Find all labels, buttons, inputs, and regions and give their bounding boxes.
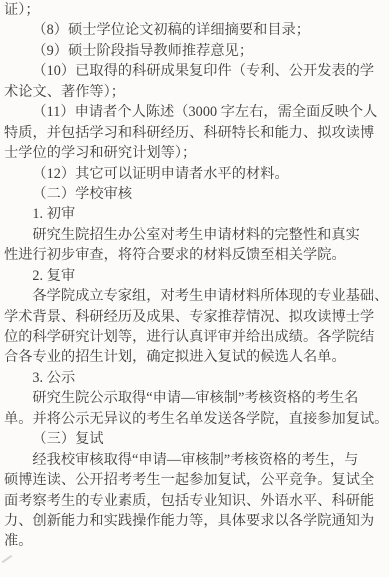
- paragraph-preliminary-review: 研究生院招生办公室对考生申请材料的完整性和真实性进行初步审查，将符合要求的材料反…: [4, 225, 386, 266]
- list-item-11: （11）申请者个人陈述（3000 字左右，需全面反映个人特质，并包括学习和科研经…: [4, 102, 386, 163]
- text-line: （12）其它可以证明申请者水平的材料。: [4, 164, 386, 184]
- text-line: 研究生院招生办公室对考生申请材料的完整性和真实: [4, 225, 386, 245]
- text-line: 1. 初审: [4, 204, 386, 224]
- text-line: 特质，并包括学习和科研经历、科研特长和能力、拟攻读博: [4, 123, 386, 143]
- scan-smudge: [2, 555, 13, 564]
- text-line: 性进行初步审查，将符合要求的材料反馈至相关学院。: [4, 245, 386, 265]
- text-line: 2. 复审: [4, 266, 386, 286]
- heading-step-1-preliminary-review: 1. 初审: [4, 204, 386, 224]
- text-line: （二）学校审核: [4, 184, 386, 204]
- text-line: （10）已取得的科研成果复印件（专利、公开发表的学: [4, 61, 386, 81]
- text-line: 单。并将公示无异议的考生名单发送各学院，直接参加复试。: [4, 409, 386, 429]
- heading-step-2-recheck: 2. 复审: [4, 266, 386, 286]
- text-line: 士学位的学习和研究计划等）；: [4, 143, 386, 163]
- heading-section-2-school-review: （二）学校审核: [4, 184, 386, 204]
- paragraph-publicity: 研究生院公示取得“申请—审核制”考核资格的考生名单。并将公示无异议的考生名单发送…: [4, 388, 386, 429]
- text-line: （8）硕士学位论文初稿的详细摘要和目录；: [4, 20, 386, 40]
- heading-section-3-retest: （三）复试: [4, 429, 386, 449]
- text-line: （9）硕士阶段指导教师推荐意见；: [4, 41, 386, 61]
- list-item-12: （12）其它可以证明申请者水平的材料。: [4, 164, 386, 184]
- text-line: （三）复试: [4, 429, 386, 449]
- list-item-8: （8）硕士学位论文初稿的详细摘要和目录；: [4, 20, 386, 40]
- paragraph-retest: 经我校审核取得“申请—审核制”考核资格的考生，与硕博连读、公开招考考生一起参加复…: [4, 450, 386, 552]
- text-line: （11）申请者个人陈述（3000 字左右，需全面反映个人: [4, 102, 386, 122]
- text-line: 面考察考生的专业素质，包括专业知识、外语水平、科研能: [4, 491, 386, 511]
- text-line: 学术背景、科研经历及成果、专家推荐情况、拟攻读博士学: [4, 307, 386, 327]
- text-line: 各学院成立专家组，对考生申请材料所体现的专业基础、: [4, 286, 386, 306]
- text-line: 力、创新能力和实践操作能力等，具体要求以各学院通知为: [4, 511, 386, 531]
- text-line: 术论文、著作等）；: [4, 82, 386, 102]
- document-page: 证）；（8）硕士学位论文初稿的详细摘要和目录；（9）硕士阶段指导教师推荐意见；（…: [0, 0, 389, 577]
- document-body: 证）；（8）硕士学位论文初稿的详细摘要和目录；（9）硕士阶段指导教师推荐意见；（…: [4, 0, 386, 552]
- list-item-10: （10）已取得的科研成果复印件（专利、公开发表的学术论文、著作等）；: [4, 61, 386, 102]
- paragraph-recheck: 各学院成立专家组，对考生申请材料所体现的专业基础、学术背景、科研经历及成果、专家…: [4, 286, 386, 368]
- heading-step-3-publicity: 3. 公示: [4, 368, 386, 388]
- list-item-9: （9）硕士阶段指导教师推荐意见；: [4, 41, 386, 61]
- text-line: 研究生院公示取得“申请—审核制”考核资格的考生名: [4, 388, 386, 408]
- text-line: 位的科学研究计划等，进行认真评审并给出成绩。各学院结: [4, 327, 386, 347]
- text-line: 合各专业的招生计划，确定拟进入复试的候选人名单。: [4, 347, 386, 367]
- text-line: 3. 公示: [4, 368, 386, 388]
- text-line: 证）；: [4, 0, 386, 20]
- text-line: 硕博连读、公开招考考生一起参加复试，公平竞争。复试全: [4, 470, 386, 490]
- text-line: 经我校审核取得“申请—审核制”考核资格的考生，与: [4, 450, 386, 470]
- paragraph-continuation: 证）；: [4, 0, 386, 20]
- text-line: 准。: [4, 531, 386, 551]
